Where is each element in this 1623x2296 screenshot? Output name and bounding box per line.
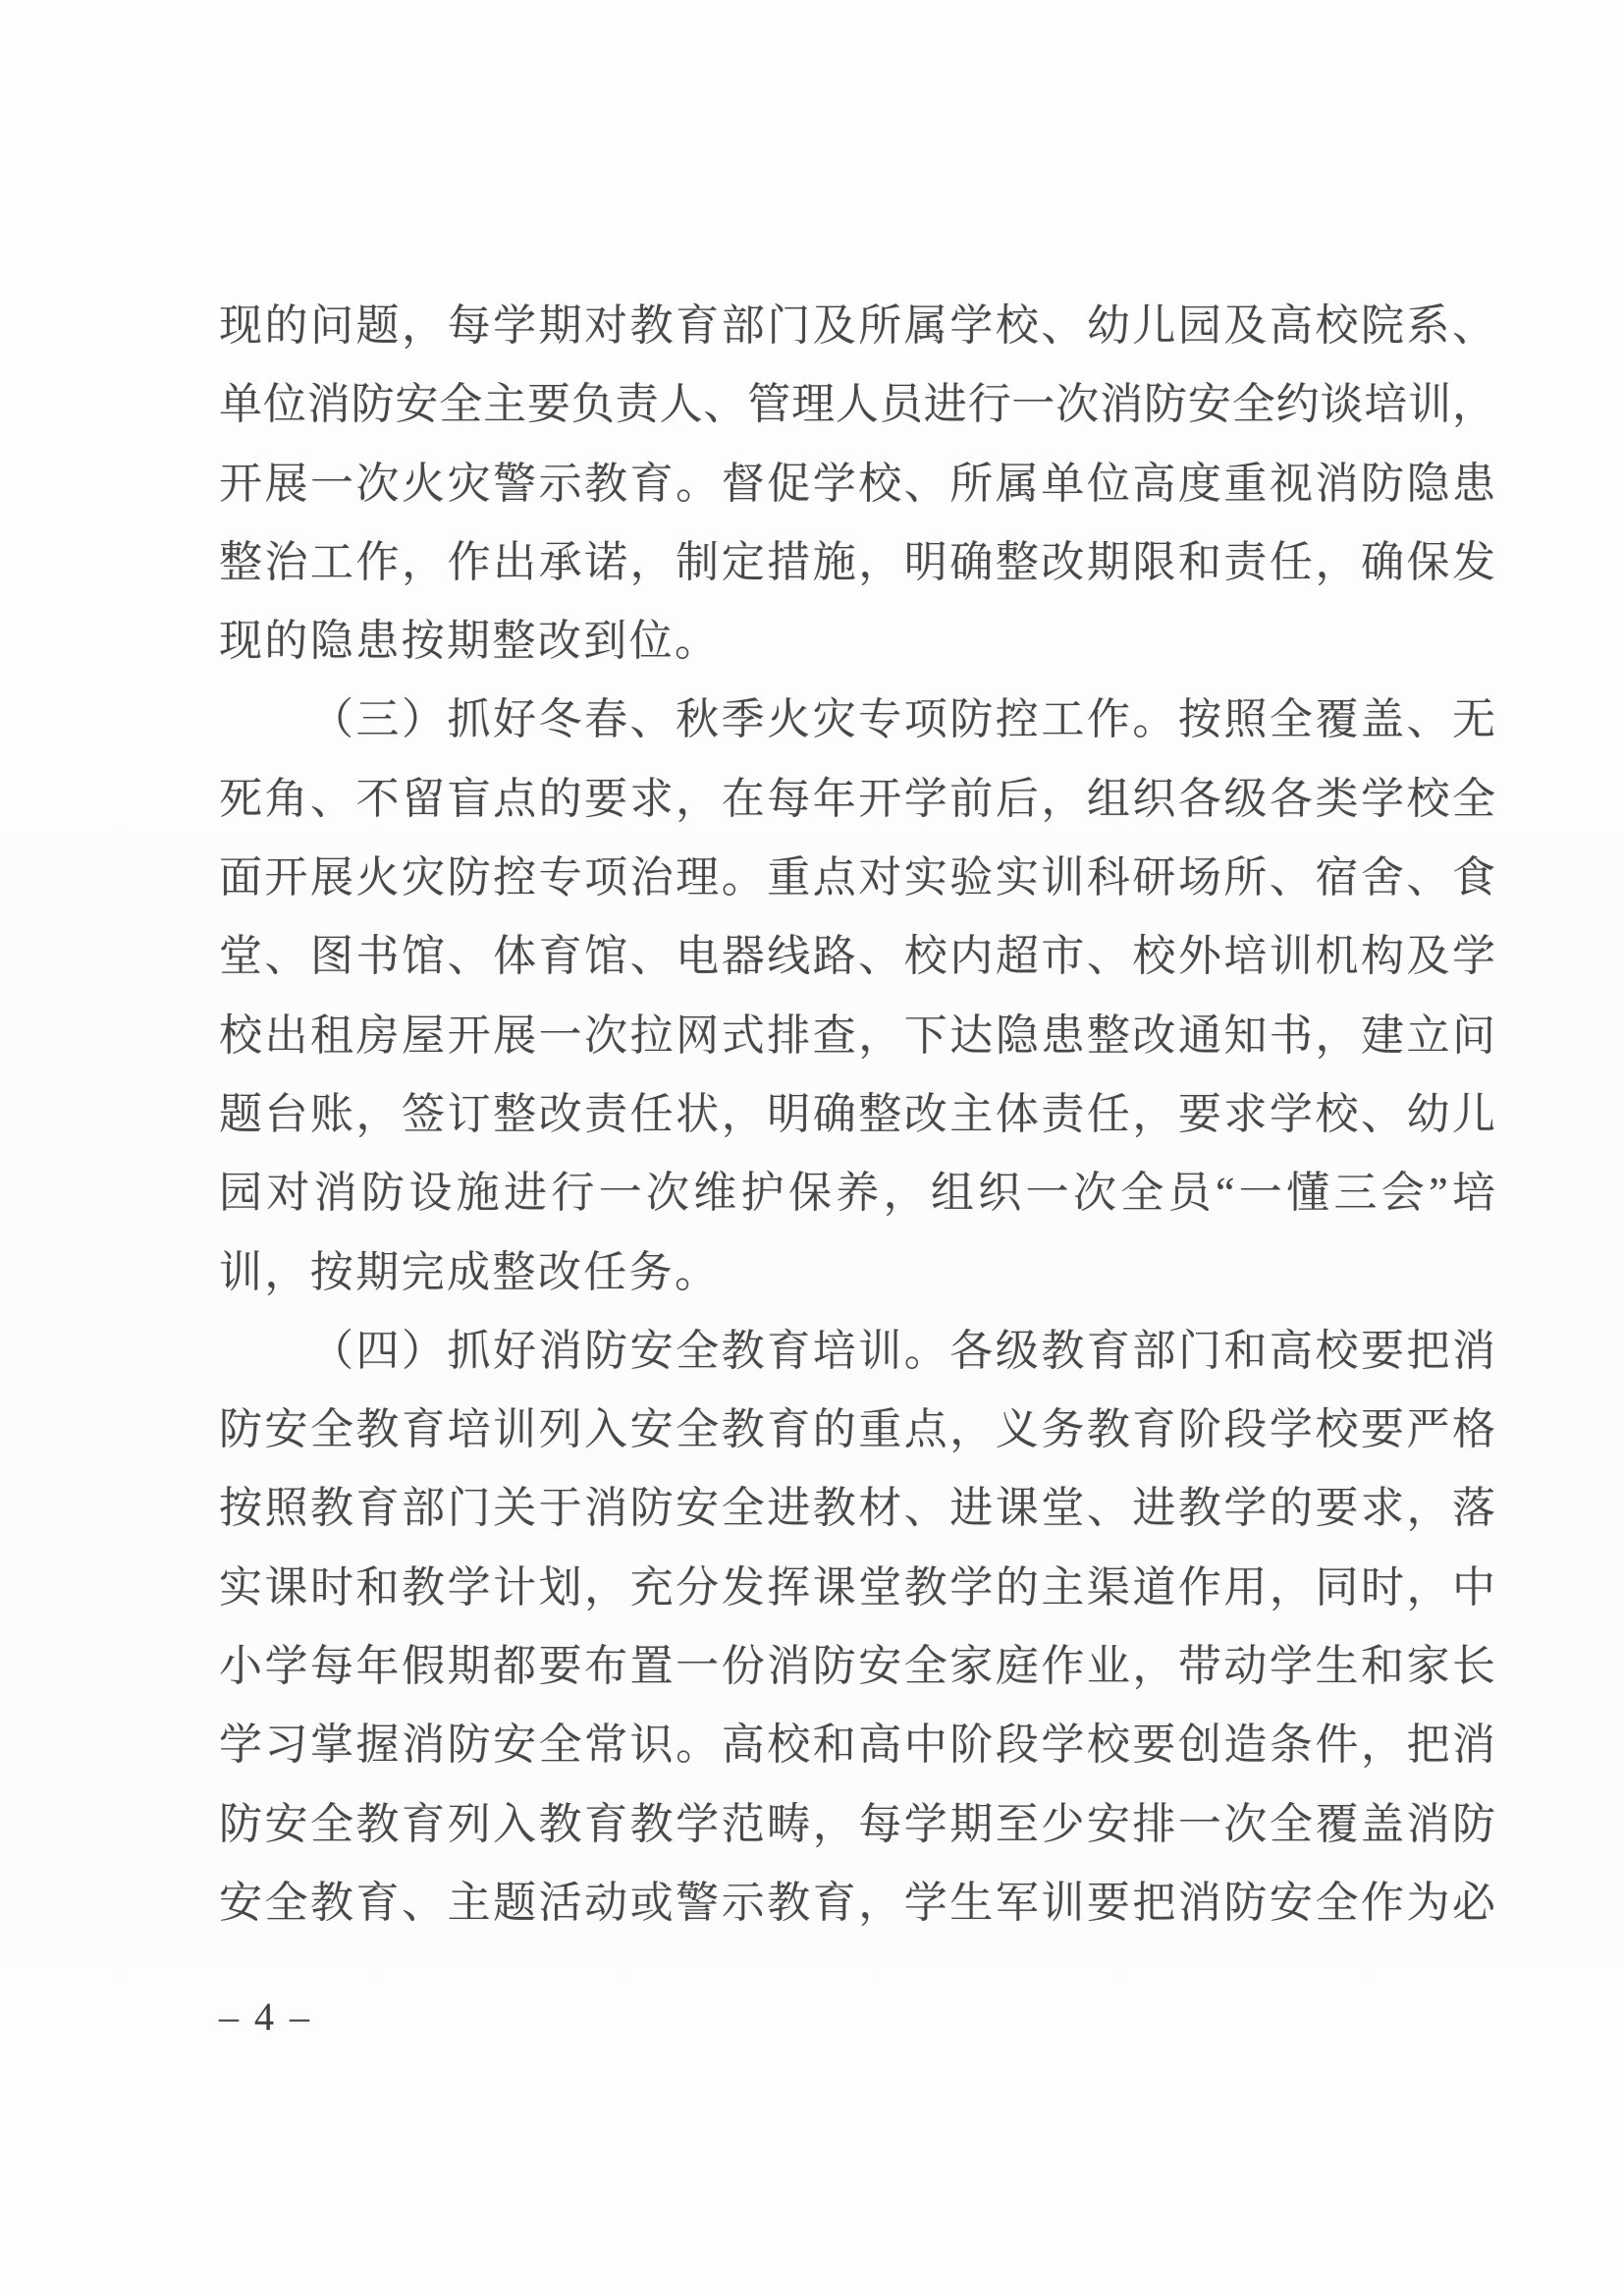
document-line: 面开展火灾防控专项治理。重点对实验实训科研场所、宿舍、食 [219, 839, 1495, 917]
document-line: 按照教育部门关于消防安全进教材、进课堂、进教学的要求，落 [219, 1469, 1495, 1548]
document-line: 现的问题，每学期对教育部门及所属学校、幼儿园及高校院系、 [219, 287, 1495, 365]
document-line: 实课时和教学计划，充分发挥课堂教学的主渠道作用，同时，中 [219, 1549, 1495, 1627]
document-line: 校出租房屋开展一次拉网式排查，下达隐患整改通知书，建立问 [219, 997, 1495, 1075]
document-line-paragraph-four-start: （四）抓好消防安全教育培训。各级教育部门和高校要把消 [219, 1312, 1495, 1391]
document-line: 安全教育、主题活动或警示教育，学生军训要把消防安全作为必 [219, 1864, 1495, 1942]
document-line: 防安全教育列入教育教学范畴，每学期至少安排一次全覆盖消防 [219, 1785, 1495, 1864]
document-line: 园对消防设施进行一次维护保养，组织一次全员“一懂三会”培 [219, 1154, 1495, 1232]
scanned-document-page: 现的问题，每学期对教育部门及所属学校、幼儿园及高校院系、 单位消防安全主要负责人… [0, 0, 1623, 2296]
document-body: 现的问题，每学期对教育部门及所属学校、幼儿园及高校院系、 单位消防安全主要负责人… [219, 287, 1495, 1942]
document-line: 堂、图书馆、体育馆、电器线路、校内超市、校外培训机构及学 [219, 917, 1495, 996]
document-line: 训，按期完成整改任务。 [219, 1233, 1495, 1312]
document-line: 题台账，签订整改责任状，明确整改主体责任，要求学校、幼儿 [219, 1075, 1495, 1154]
document-line: 单位消防安全主要负责人、管理人员进行一次消防安全约谈培训， [219, 365, 1495, 444]
document-line: 学习掌握消防安全常识。高校和高中阶段学校要创造条件，把消 [219, 1706, 1495, 1784]
document-line: 整治工作，作出承诺，制定措施，明确整改期限和责任，确保发 [219, 523, 1495, 602]
document-line: 小学每年假期都要布置一份消防安全家庭作业，带动学生和家长 [219, 1627, 1495, 1706]
document-line: 死角、不留盲点的要求，在每年开学前后，组织各级各类学校全 [219, 760, 1495, 839]
document-line-paragraph-three-start: （三）抓好冬春、秋季火灾专项防控工作。按照全覆盖、无 [219, 681, 1495, 759]
document-line: 防安全教育培训列入安全教育的重点，义务教育阶段学校要严格 [219, 1391, 1495, 1469]
page-number: – 4 – [219, 1995, 312, 2039]
document-line: 现的隐患按期整改到位。 [219, 602, 1495, 681]
document-line: 开展一次火灾警示教育。督促学校、所属单位高度重视消防隐患 [219, 445, 1495, 523]
